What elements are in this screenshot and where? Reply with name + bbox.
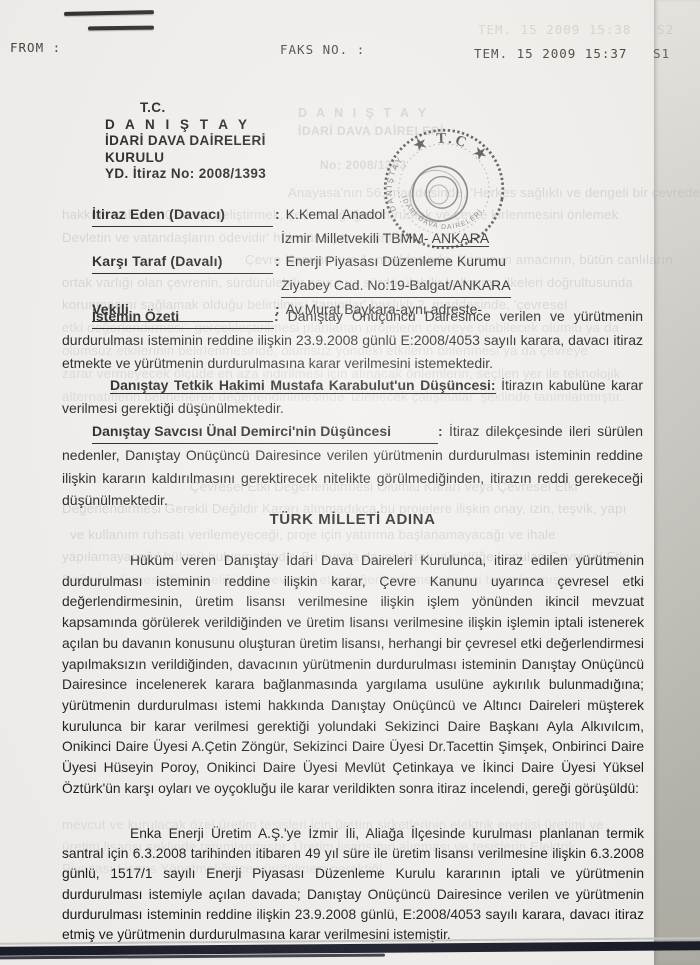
party-row-itiraz-eden: İtiraz Eden (Davacı): K.Kemal Anadol [92, 203, 632, 227]
party-value: Enerji Piyasası Düzenleme Kurumu [286, 250, 506, 273]
party-label: Karşı Taraf (Davalı) [92, 250, 273, 274]
summary-and-opinions: İstemin Özeti: Danıştay Onüçüncü Dairesi… [62, 305, 643, 512]
letterhead-daireleri: İDARİ DAVA DAİRELERİ [105, 133, 266, 150]
decision-paragraph-2: Enka Enerji Üretim A.Ş.'ye İzmir İli, Al… [62, 824, 644, 945]
toner-stroke [64, 10, 154, 15]
fax-ghost-timestamp: TEM. 15 2009 15:38 S2 [478, 22, 674, 37]
party-value: K.Kemal Anadol [286, 203, 386, 226]
letterhead: T.C. D A N I Ş T A Y İDARİ DAVA DAİRELER… [105, 100, 266, 183]
tetkik-hakimi-heading: Danıştay Tetkik Hakimi Mustafa Karabulut… [110, 377, 496, 394]
toner-stroke [88, 26, 154, 31]
scanned-fax-document-page: TEM. 15 2009 15:38 S2 FROM : FAKS NO. : … [0, 0, 700, 965]
fax-number-label: FAKS NO. : [280, 42, 365, 57]
fax-timestamp: TEM. 15 2009 15:37 S1 [474, 46, 670, 61]
letterhead-kurulu: KURULU [105, 150, 266, 167]
svg-text:★ T.C ★: ★ T.C ★ [409, 124, 495, 167]
party-label: İtiraz Eden (Davacı) [92, 203, 273, 227]
letterhead-tc: T.C. [105, 100, 266, 117]
ghost-text: D A N I Ş T A Y [298, 106, 429, 120]
istemin-ozeti-label: İstemin Özeti [92, 305, 274, 329]
ghost-text: ve kullanım ruhsatı verilemeyeceği, proj… [70, 527, 556, 542]
party-value: İzmir Milletvekili TBMM- ANKARA [281, 227, 489, 250]
case-number: YD. İtiraz No: 2008/1393 [105, 166, 266, 183]
paper-right-edge-shadow [654, 0, 700, 965]
istemin-ozeti-paragraph: İstemin Özeti: Danıştay Onüçüncü Dairesi… [62, 305, 643, 374]
letterhead-danistay: D A N I Ş T A Y [105, 117, 266, 134]
savci-heading: Danıştay Savcısı Ünal Demirci'nin Düşünc… [92, 420, 438, 444]
savci-paragraph: Danıştay Savcısı Ünal Demirci'nin Düşünc… [62, 420, 643, 512]
party-row-karsi-taraf: Karşı Taraf (Davalı): Enerji Piyasası Dü… [92, 250, 632, 274]
tetkik-hakimi-paragraph: Danıştay Tetkik Hakimi Mustafa Karabulut… [62, 374, 643, 420]
party-row-continuation: Ziyabey Cad. No:19-Balgat/ANKARA [92, 274, 632, 298]
fax-from-label: FROM : [10, 40, 61, 55]
document-title: TÜRK MİLLETİ ADINA [62, 511, 643, 528]
decision-paragraph-1: Hüküm veren Danıştay İdari Dava Daireler… [62, 551, 644, 799]
party-value: Ziyabey Cad. No:19-Balgat/ANKARA [281, 274, 511, 298]
party-row-continuation: İzmir Milletvekili TBMM- ANKARA [92, 227, 632, 250]
